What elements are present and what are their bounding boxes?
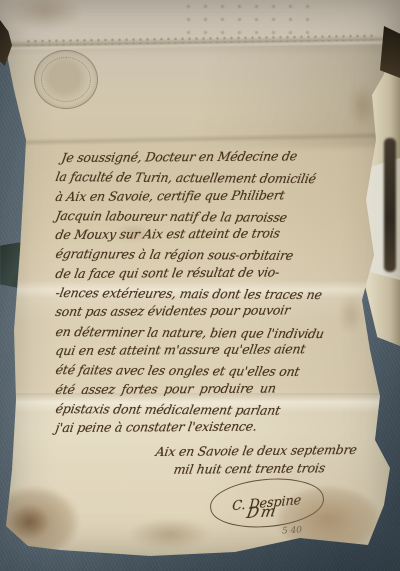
handwriting-line: qui en est atteint m'assure qu'elles aie… bbox=[54, 339, 380, 361]
foxing-stain bbox=[8, 0, 82, 30]
fold-shadow bbox=[120, 42, 400, 147]
handwriting-line: de Mouxy sur Aix est atteint de trois bbox=[54, 223, 380, 245]
dateline-place-date: Aix en Savoie le deux septembre bbox=[155, 442, 358, 459]
handwriting-line: à Aix en Savoie, certifie que Philibert bbox=[54, 184, 380, 206]
dateline-year-words: mil huit cent trente trois bbox=[173, 460, 327, 477]
handwriting-line: de la face qui sont le résultat de vio- bbox=[54, 262, 380, 284]
photo-scene: Je soussigné, Docteur en Médecine de la … bbox=[0, 0, 400, 571]
handwriting-line: j'ai peine à constater l'existence. bbox=[54, 416, 380, 438]
foxing-stain bbox=[8, 504, 50, 540]
letter-body-text: Je soussigné, Docteur en Médecine de la … bbox=[54, 148, 376, 437]
embossed-stamp-icon bbox=[34, 50, 98, 109]
letter-sheet: Je soussigné, Docteur en Médecine de la … bbox=[0, 0, 400, 558]
handwriting-line: été assez fortes pour produire un bbox=[54, 377, 380, 399]
signature-paraph: Dm bbox=[245, 502, 279, 522]
handwriting-line: sont pas assez évidentes pour pouvoir bbox=[54, 300, 380, 322]
foxing-stain bbox=[0, 486, 80, 558]
pencil-annotation: 5 40 bbox=[282, 525, 303, 536]
foxing-stain bbox=[128, 518, 212, 550]
book-page-gap-shadow bbox=[384, 138, 396, 272]
handwriting-line: Je soussigné, Docteur en Médecine de bbox=[60, 146, 380, 168]
